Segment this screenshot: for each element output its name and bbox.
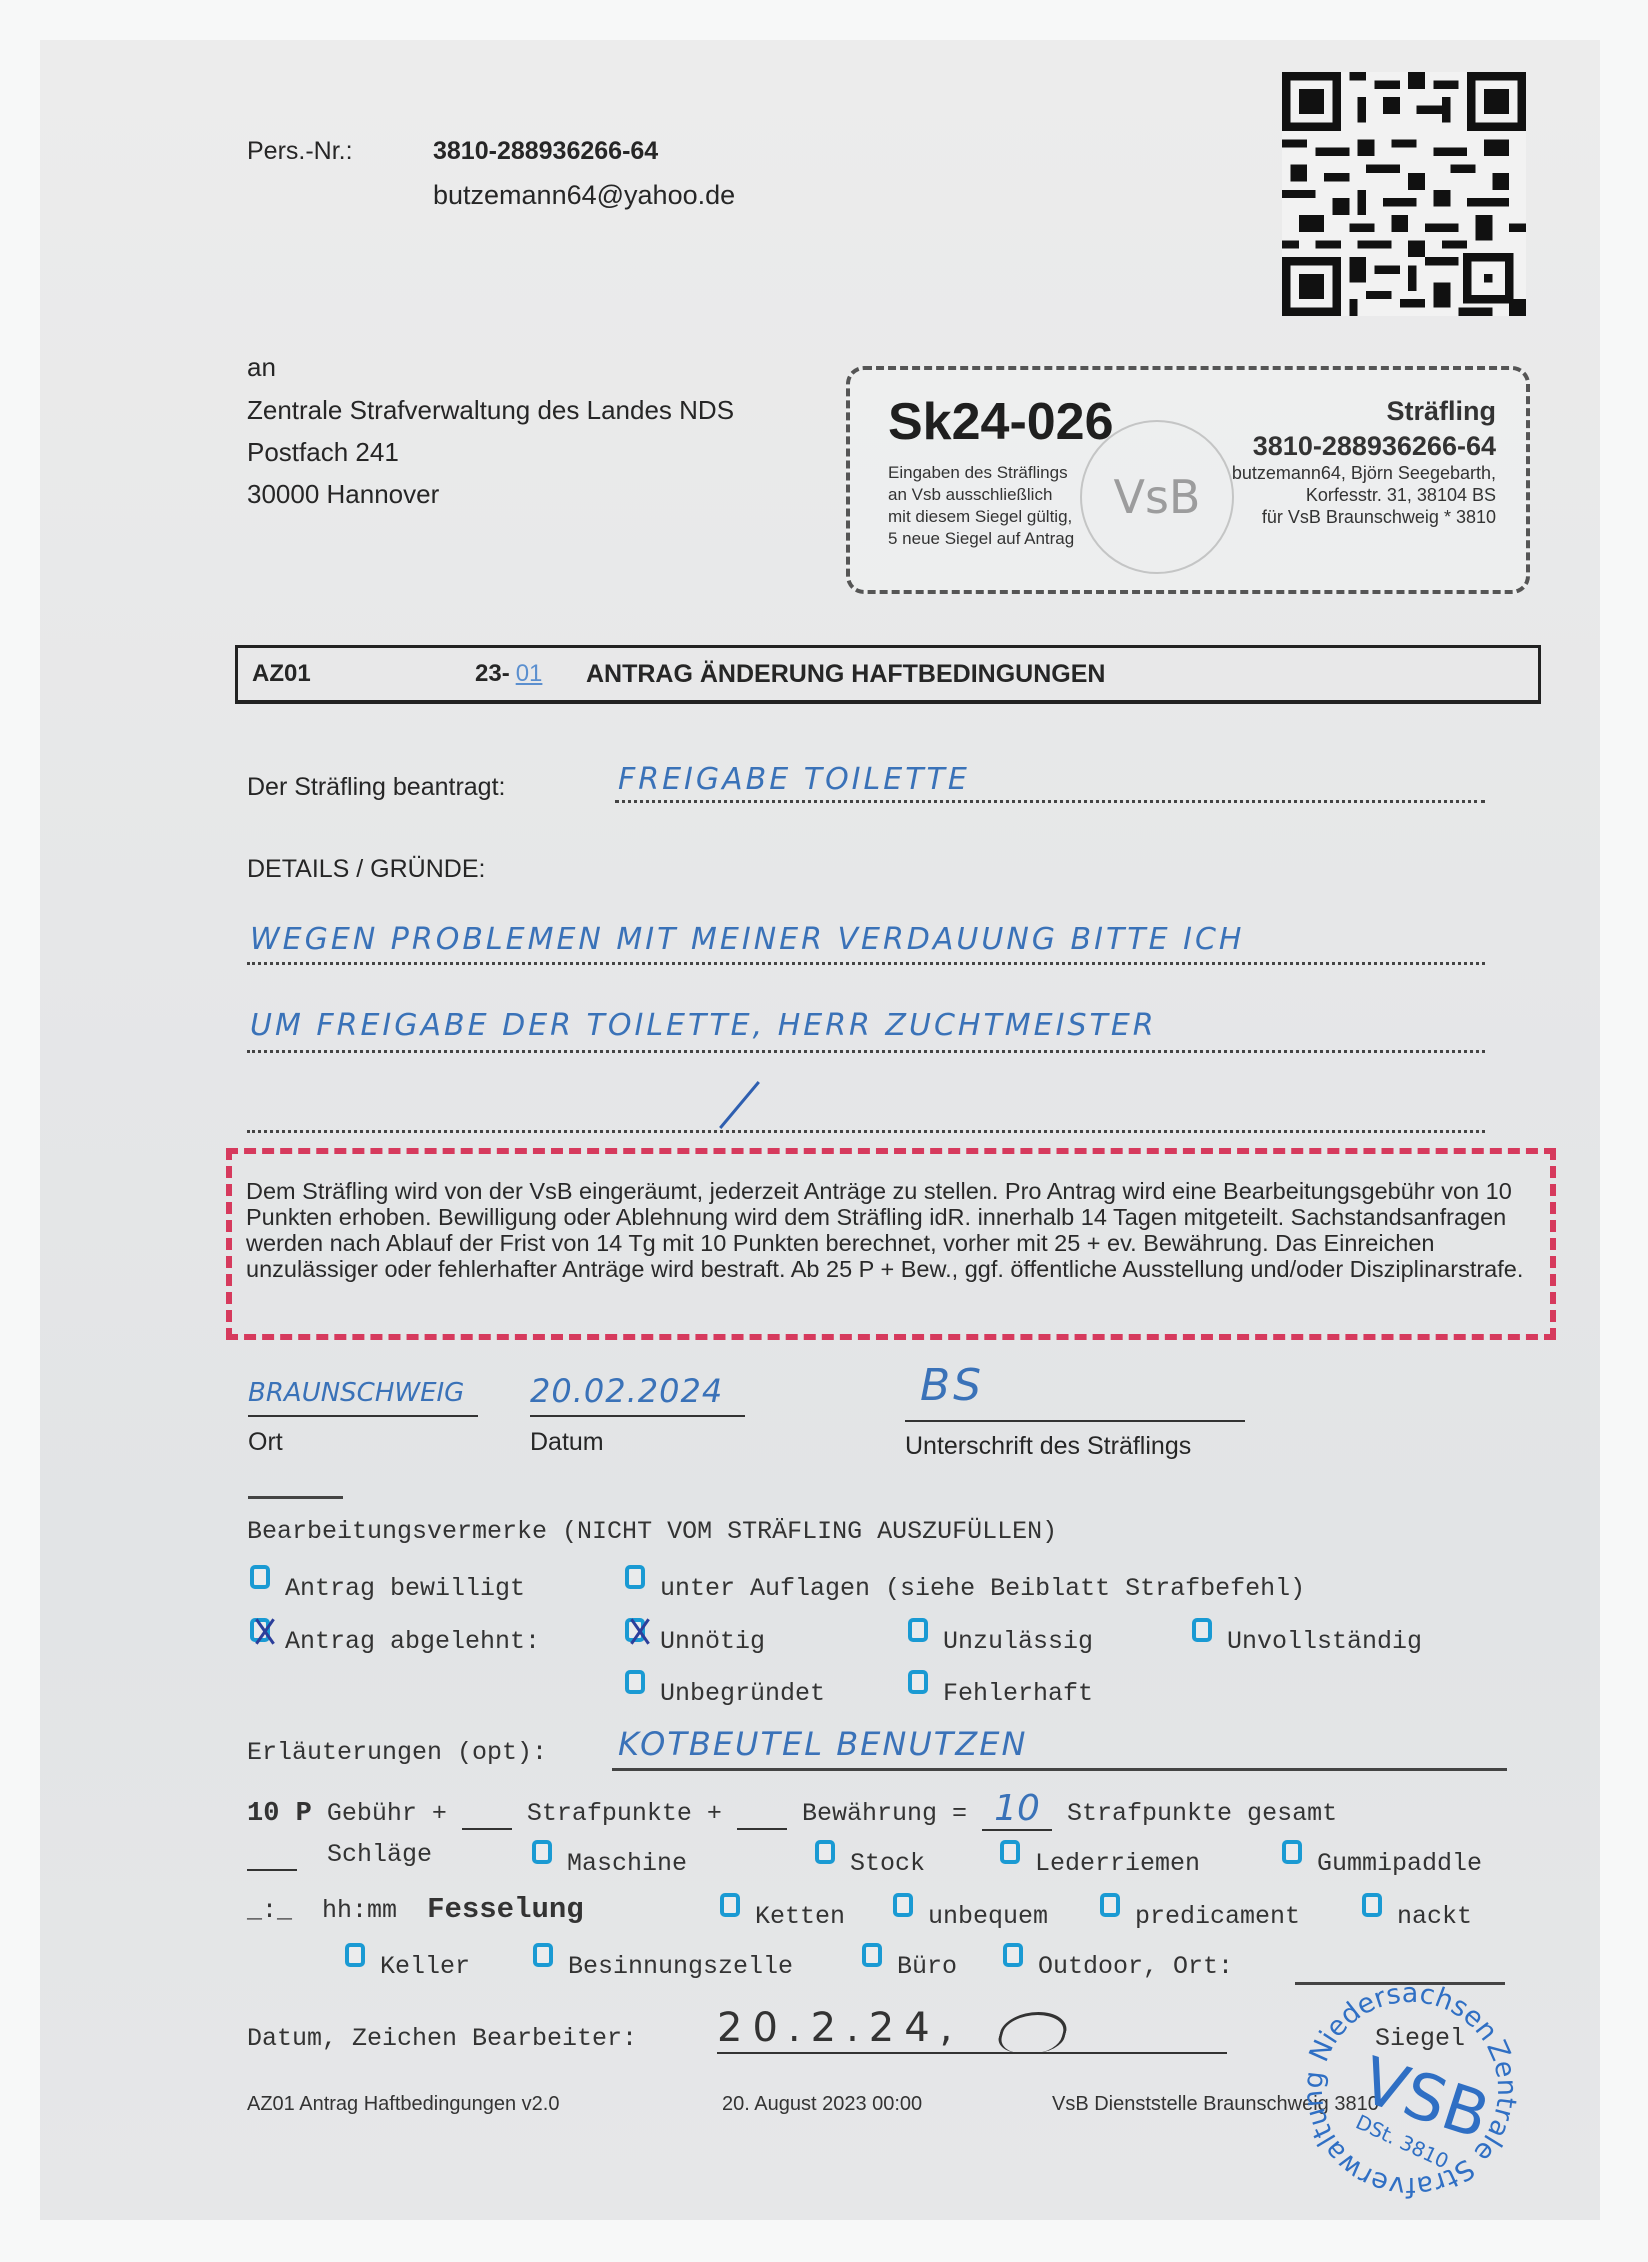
tool-lederriemen: Lederriemen <box>1000 1840 1200 1878</box>
location-label: Besinnungszelle <box>568 1952 793 1981</box>
reason-unvollstaendig: Unvollständig <box>1192 1618 1422 1656</box>
tool-checkbox[interactable] <box>1000 1840 1020 1864</box>
recipient-line: Zentrale Strafverwaltung des Landes NDS <box>247 395 734 426</box>
ort-field[interactable]: BRAUNSCHWEIG <box>248 1378 464 1408</box>
penalty-points-field[interactable] <box>462 1799 512 1830</box>
stamp-note: Eingaben des Sträflings an Vsb ausschlie… <box>888 462 1074 550</box>
rejected-label: Antrag abgelehnt: <box>285 1627 540 1656</box>
probation-field[interactable] <box>737 1799 787 1830</box>
reason-label: Unzulässig <box>943 1627 1093 1656</box>
official-seal-icon: Zentrale Strafverwaltung Niedersachsen *… <box>1295 1975 1525 2205</box>
stamp-line: Korfesstr. 31, 38104 BS <box>1232 484 1496 506</box>
stamp-title: Sträfling <box>1232 396 1496 427</box>
reason-label: Unbegründet <box>660 1679 825 1708</box>
stamp-pid: 3810-288936266-64 <box>1232 431 1496 462</box>
datum-field[interactable]: 20.02.2024 <box>530 1372 723 1410</box>
recipient-line: 30000 Hannover <box>247 479 439 510</box>
details-label: DETAILS / GRÜNDE: <box>247 855 485 884</box>
location-besinnungszelle: Besinnungszelle <box>533 1943 793 1981</box>
restraint-option-label: unbequem <box>928 1902 1048 1931</box>
restraint-checkbox[interactable] <box>893 1893 913 1917</box>
tool-checkbox[interactable] <box>1282 1840 1302 1864</box>
location-checkbox[interactable] <box>1003 1943 1023 1967</box>
datum-label: Datum <box>530 1428 604 1457</box>
processor-date-label: Datum, Zeichen Bearbeiter: <box>247 2024 637 2053</box>
pers-nr-label: Pers.-Nr.: <box>247 137 353 166</box>
tool-gummipaddle: Gummipaddle <box>1282 1840 1482 1878</box>
fee-prefix: 10 P <box>247 1799 312 1829</box>
tool-checkbox[interactable] <box>532 1840 552 1864</box>
reason-checkbox[interactable] <box>625 1618 645 1642</box>
time-unit: hh:mm <box>322 1896 397 1925</box>
qr-code-icon <box>1282 72 1526 316</box>
restraint-option-label: Ketten <box>755 1902 845 1931</box>
ort-label: Ort <box>248 1428 283 1457</box>
rejected-row: Antrag abgelehnt: <box>250 1618 540 1656</box>
stamp-note-line: mit diesem Siegel gültig, <box>888 506 1074 528</box>
form-title: ANTRAG ÄNDERUNG HAFTBEDINGUNGEN <box>586 660 1105 689</box>
reason-checkbox[interactable] <box>625 1670 645 1694</box>
footer-date: 20. August 2023 00:00 <box>722 2093 922 2116</box>
restraint-option-label: predicament <box>1135 1902 1300 1931</box>
stamp-line: butzemann64, Björn Seegebarth, <box>1232 462 1496 484</box>
strikes-label: Schläge <box>327 1840 432 1869</box>
footer-form: AZ01 Antrag Haftbedingungen v2.0 <box>247 2093 559 2116</box>
stamp-note-line: an Vsb ausschließlich <box>888 484 1074 506</box>
strikes-row: Schläge <box>247 1840 432 1871</box>
location-buero: Büro <box>862 1943 957 1981</box>
request-field[interactable]: FREIGABE TOILETTE <box>618 762 970 797</box>
datum-underline <box>530 1415 745 1417</box>
points-row: 10 P Gebühr + Strafpunkte + Bewährung = … <box>247 1788 1337 1831</box>
stamp-identity: Sträfling 3810-288936266-64 butzemann64,… <box>1232 396 1496 528</box>
processing-heading: Bearbeitungsvermerke (NICHT VOM STRÄFLIN… <box>247 1517 1057 1546</box>
total-label: Strafpunkte gesamt <box>1067 1799 1337 1828</box>
location-checkbox[interactable] <box>862 1943 882 1967</box>
notice-text: Dem Sträfling wird von der VsB eingeräum… <box>246 1178 1536 1282</box>
processor-date-field[interactable]: 20.2.24, <box>717 2005 962 2051</box>
location-label: Büro <box>897 1952 957 1981</box>
pers-nr-value: 3810-288936266-64 <box>433 137 658 166</box>
probation-label: Bewährung = <box>802 1799 967 1828</box>
penalty-label: Strafpunkte + <box>527 1799 722 1828</box>
restraint-checkbox[interactable] <box>1100 1893 1120 1917</box>
reason-label: Unvollständig <box>1227 1627 1422 1656</box>
approved-row: Antrag bewilligt <box>250 1565 525 1603</box>
tool-label: Gummipaddle <box>1317 1849 1482 1878</box>
conditions-row: unter Auflagen (siehe Beiblatt Strafbefe… <box>625 1565 1305 1603</box>
restraint-option-label: nackt <box>1397 1902 1472 1931</box>
explanation-label: Erläuterungen (opt): <box>247 1738 547 1767</box>
restraint-predicament: predicament <box>1100 1893 1300 1931</box>
details-dotted-line <box>247 1050 1485 1053</box>
tool-label: Lederriemen <box>1035 1849 1200 1878</box>
time-field[interactable]: _:_ <box>247 1896 292 1925</box>
reason-fehlerhaft: Fehlerhaft <box>908 1670 1093 1708</box>
rejected-checkbox[interactable] <box>250 1618 270 1642</box>
stamp-code: Sk24-026 <box>888 392 1114 452</box>
form-number-handwritten[interactable]: 01 <box>516 660 543 687</box>
ort-underline <box>248 1415 478 1417</box>
location-keller: Keller <box>345 1943 470 1981</box>
approved-checkbox[interactable] <box>250 1565 270 1589</box>
reason-unzulaessig: Unzulässig <box>908 1618 1093 1656</box>
total-points-field[interactable]: 10 <box>982 1788 1052 1831</box>
form-code: AZ01 <box>252 660 311 688</box>
recipient-line: Postfach 241 <box>247 437 399 468</box>
reason-label: Unnötig <box>660 1627 765 1656</box>
location-checkbox[interactable] <box>345 1943 365 1967</box>
conditions-label: unter Auflagen (siehe Beiblatt Strafbefe… <box>660 1574 1305 1603</box>
approved-label: Antrag bewilligt <box>285 1574 525 1603</box>
strikes-count-field[interactable] <box>247 1840 297 1871</box>
stamp-note-line: 5 neue Siegel auf Antrag <box>888 528 1074 550</box>
stamp-note-line: Eingaben des Sträflings <box>888 462 1074 484</box>
details-dotted-line <box>247 962 1485 965</box>
tool-checkbox[interactable] <box>815 1840 835 1864</box>
fee-label: Gebühr + <box>327 1799 447 1828</box>
restraint-unbequem: unbequem <box>893 1893 1048 1931</box>
tool-label: Stock <box>850 1849 925 1878</box>
location-outdoor: Outdoor, Ort: <box>1003 1943 1233 1981</box>
separator <box>248 1496 343 1499</box>
restraint-label: Fesselung <box>427 1893 584 1926</box>
restraint-nackt: nackt <box>1362 1893 1472 1931</box>
location-label: Outdoor, Ort: <box>1038 1952 1233 1981</box>
recipient-prefix: an <box>247 352 276 383</box>
form-title-bar: AZ01 23-01 ANTRAG ÄNDERUNG HAFTBEDINGUNG… <box>235 645 1541 704</box>
restraint-ketten: Ketten <box>720 1893 845 1931</box>
reason-unbegruendet: Unbegründet <box>625 1670 825 1708</box>
details-line-1[interactable]: WEGEN PROBLEMEN MIT MEINER VERDAUUNG BIT… <box>250 922 1244 957</box>
explanation-field[interactable]: KOTBEUTEL BENUTZEN <box>618 1725 1027 1763</box>
restraint-checkbox[interactable] <box>1362 1893 1382 1917</box>
form-number-prefix: 23- <box>475 660 510 687</box>
processor-date-underline <box>717 2052 1227 2054</box>
signature-underline <box>905 1420 1245 1422</box>
tool-stock: Stock <box>815 1840 925 1878</box>
signature-field[interactable]: BS <box>920 1360 984 1411</box>
details-line-2[interactable]: UM FREIGABE DER TOILETTE, HERR ZUCHTMEIS… <box>250 1008 1157 1043</box>
prisoner-stamp: VsB Sk24-026 Eingaben des Sträflings an … <box>846 366 1530 594</box>
restraint-row: _:_ hh:mm Fesselung <box>247 1893 584 1926</box>
location-checkbox[interactable] <box>533 1943 553 1967</box>
reason-checkbox[interactable] <box>908 1618 928 1642</box>
explanation-underline <box>612 1768 1507 1771</box>
reason-unnoetig: Unnötig <box>625 1618 765 1656</box>
restraint-checkbox[interactable] <box>720 1893 740 1917</box>
email: butzemann64@yahoo.de <box>433 180 735 211</box>
details-dotted-line <box>247 1130 1485 1133</box>
conditions-checkbox[interactable] <box>625 1565 645 1589</box>
location-label: Keller <box>380 1952 470 1981</box>
stamp-line: für VsB Braunschweig * 3810 <box>1232 506 1496 528</box>
tool-maschine: Maschine <box>532 1840 687 1878</box>
signature-label: Unterschrift des Sträflings <box>905 1432 1191 1461</box>
request-label: Der Sträfling beantragt: <box>247 773 505 802</box>
request-dotted-line <box>615 800 1485 803</box>
notice-box: Dem Sträfling wird von der VsB eingeräum… <box>226 1148 1556 1340</box>
reason-checkbox[interactable] <box>1192 1618 1212 1642</box>
form-number: 23-01 <box>475 660 542 688</box>
reason-label: Fehlerhaft <box>943 1679 1093 1708</box>
tool-label: Maschine <box>567 1849 687 1878</box>
reason-checkbox[interactable] <box>908 1670 928 1694</box>
